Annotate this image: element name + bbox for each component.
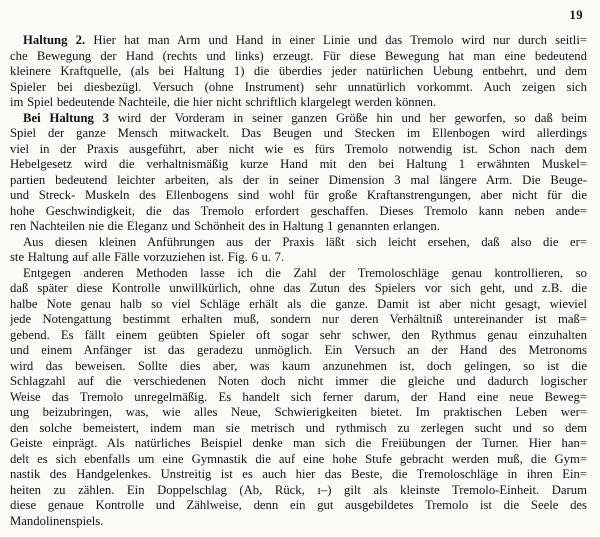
line-text: Hier hat man Arm und Hand in einer Linie… [85, 33, 587, 47]
text-line: Bei Haltung 3 wird der Vorderam in seine… [10, 111, 587, 127]
text-line: ren Nachteilen nie die Eleganz und Schön… [10, 219, 587, 235]
page-number: 19 [570, 8, 584, 23]
line-text: wird der Vorderam in seiner ganzen Größe… [109, 111, 587, 125]
text-line: Spieler bei diesbezügl. Versuch (ohne In… [10, 80, 587, 96]
text-line: wird das beweisen. Sollte dies aber, was… [10, 359, 587, 375]
text-line: Entgegen anderen Methoden lasse ich die … [10, 266, 587, 282]
text-line: nastik des Handgelenkes. Unstreitig ist … [10, 467, 587, 483]
paragraph-haltung-2: Haltung 2. Hier hat man Arm und Hand in … [10, 33, 587, 111]
paragraph-lead: Haltung 2. [23, 33, 85, 47]
text-line: delt es sich ebenfalls um eine Gymnastik… [10, 452, 587, 468]
paragraph-conclusion: Aus diesen kleinen Anführungen aus der P… [10, 235, 587, 266]
text-line: Schlagzahl auf die verschiedenen Noten d… [10, 374, 587, 390]
text-line: diese genaue Kontrolle und Zählweise, de… [10, 498, 587, 514]
text-line: und einem Anfänger ist das geradezu unmö… [10, 343, 587, 359]
text-line: und Streck- Muskeln des Ellenbogens sind… [10, 188, 587, 204]
text-line: hohe Geschwindigkeit, die das Tremolo er… [10, 204, 587, 220]
paragraph-tremolo-control: Entgegen anderen Methoden lasse ich die … [10, 266, 587, 530]
text-line: heiten zu zählen. Ein Doppelschlag (Ab, … [10, 483, 587, 499]
text-line: che Bewegung der Hand (rechts und links)… [10, 49, 587, 65]
text-line: gebend. Es fällt einem geübten Spieler o… [10, 328, 587, 344]
text-line: kleinere Kraftquelle, (als bei Haltung 1… [10, 64, 587, 80]
text-block: Haltung 2. Hier hat man Arm und Hand in … [10, 33, 587, 529]
text-line: Aus diesen kleinen Anführungen aus der P… [10, 235, 587, 251]
paragraph-lead: Bei Haltung 3 [23, 111, 109, 125]
text-line: viel in der Praxis ausgeführt, aber nich… [10, 142, 587, 158]
text-line: ung beizubringen, was, wie alles Neue, S… [10, 405, 587, 421]
text-line: im Spiel bedeutende Nachteile, die hier … [10, 95, 587, 111]
text-line: ste Haltung auf alle Fälle vorzuziehen i… [10, 250, 587, 266]
text-line: jede Notengattung bestimmt erhalten muß,… [10, 312, 587, 328]
text-line: Haltung 2. Hier hat man Arm und Hand in … [10, 33, 587, 49]
text-line: Hebelgesetz wird die verhaltnismäßig kur… [10, 157, 587, 173]
text-line: den solche bemeistert, indem man sie met… [10, 421, 587, 437]
paragraph-haltung-3: Bei Haltung 3 wird der Vorderam in seine… [10, 111, 587, 235]
text-line: daß später diese Kontrolle unwillkürlich… [10, 281, 587, 297]
text-line: Geiste einprägt. Als natürliches Beispie… [10, 436, 587, 452]
text-line: Mandolinenspiels. [10, 514, 587, 530]
scanned-book-page: 19 Haltung 2. Hier hat man Arm und Hand … [0, 0, 600, 537]
text-line: Spiel der ganze Mensch mitwackelt. Das B… [10, 126, 587, 142]
text-line: Weise das Tremolo unregelmäßig. Es hande… [10, 390, 587, 406]
text-line: partien bedeutend leichter arbeiten, als… [10, 173, 587, 189]
text-line: halbe Note genau halb so viel Schläge er… [10, 297, 587, 313]
